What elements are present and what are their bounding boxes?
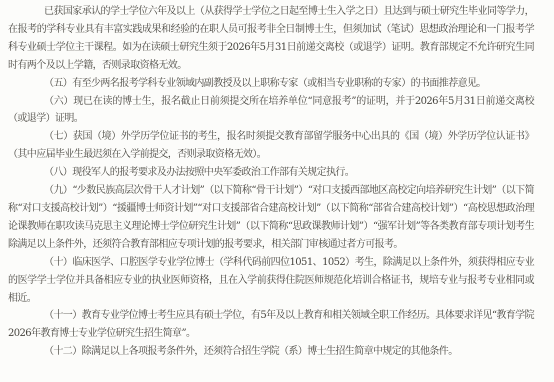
paragraph: （八）现役军人的报考要求及办法按照中央军委政治工作部有关规定执行。 [8, 164, 534, 182]
paragraph: （十二）除满足以上各项报考条件外，还须符合招生学院（系）博士生招生简章中规定的其… [8, 343, 534, 361]
paragraph: （十一）教育专业学位博士考生应具有硕士学位，有5年及以上教育和相关领域全职工作经… [8, 307, 534, 343]
document-page: 已获国家承认的学士学位六年及以上（从获得学士学位之日起至博士生入学之日）且达到与… [0, 0, 554, 382]
paragraph: （六）现已在读的博士生，报名截止日前须提交所在培养单位“同意报考”的证明，并于2… [8, 93, 534, 129]
paragraph-list: 已获国家承认的学士学位六年及以上（从获得学士学位之日起至博士生入学之日）且达到与… [8, 3, 534, 361]
paragraph: （十）临床医学、口腔医学专业学位博士（学科代码前四位1051、1052）考生，除… [8, 254, 534, 308]
paragraph: （九）“少数民族高层次骨干人才计划”（以下简称“骨干计划”）“对口支援西部地区高… [8, 182, 534, 254]
paragraph: （五）有至少两名报考学科专业领域内副教授及以上职称专家（或相当专业职称的专家）的… [8, 75, 534, 93]
paragraph: （七）获国（境）外学历学位证书的考生，报名时须提交教育部留学服务中心出具的《国（… [8, 128, 534, 164]
paragraph: 已获国家承认的学士学位六年及以上（从获得学士学位之日起至博士生入学之日）且达到与… [8, 3, 534, 75]
